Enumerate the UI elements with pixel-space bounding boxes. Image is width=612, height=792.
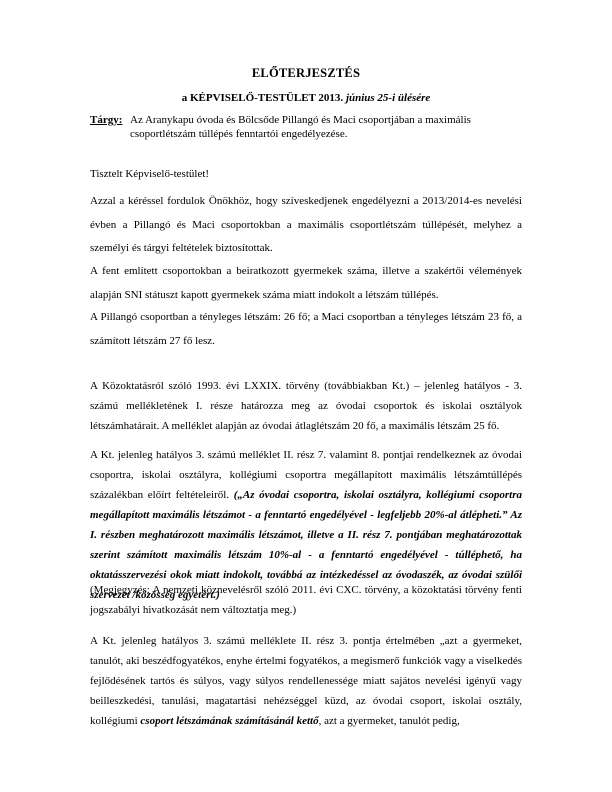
subject-label: Tárgy:: [90, 113, 122, 127]
paragraph-sni: A Kt. jelenleg hatályos 3. számú mellékl…: [90, 631, 522, 731]
paragraph-law-reference: A Közoktatásról szóló 1993. évi LXXIX. t…: [90, 376, 522, 436]
paragraph-counts: A Pillangó csoportban a tényleges létszá…: [90, 306, 522, 353]
paragraph-note: (Megjegyzés: A nemzeti köznevelésről szó…: [90, 580, 522, 620]
paragraph-reason: A fent említett csoportokban a beiratkoz…: [90, 260, 522, 307]
document-page: ELŐTERJESZTÉS a KÉPVISELŐ-TESTÜLET 2013.…: [0, 0, 612, 792]
document-title: ELŐTERJESZTÉS: [0, 66, 612, 81]
subtitle-prefix: a KÉPVISELŐ-TESTÜLET 2013.: [182, 92, 346, 104]
subject-block: Tárgy: Az Aranykapu óvoda és Bölcsőde Pi…: [90, 113, 530, 141]
salutation: Tisztelt Képviselő-testület!: [90, 168, 522, 180]
sni-text: A Kt. jelenleg hatályos 3. számú mellékl…: [90, 635, 522, 727]
sni-emphasis: csoport létszámának számításánál kettő: [140, 715, 318, 727]
subject-text: Az Aranykapu óvoda és Bölcsőde Pillangó …: [130, 113, 530, 141]
sni-text-end: , azt a gyermeket, tanulót pedig,: [319, 715, 460, 727]
document-subtitle: a KÉPVISELŐ-TESTÜLET 2013. június 25-i ü…: [0, 92, 612, 104]
paragraph-request: Azzal a kéréssel fordulok Önökhöz, hogy …: [90, 190, 522, 261]
subtitle-date: június 25-i ülésére: [346, 92, 430, 104]
